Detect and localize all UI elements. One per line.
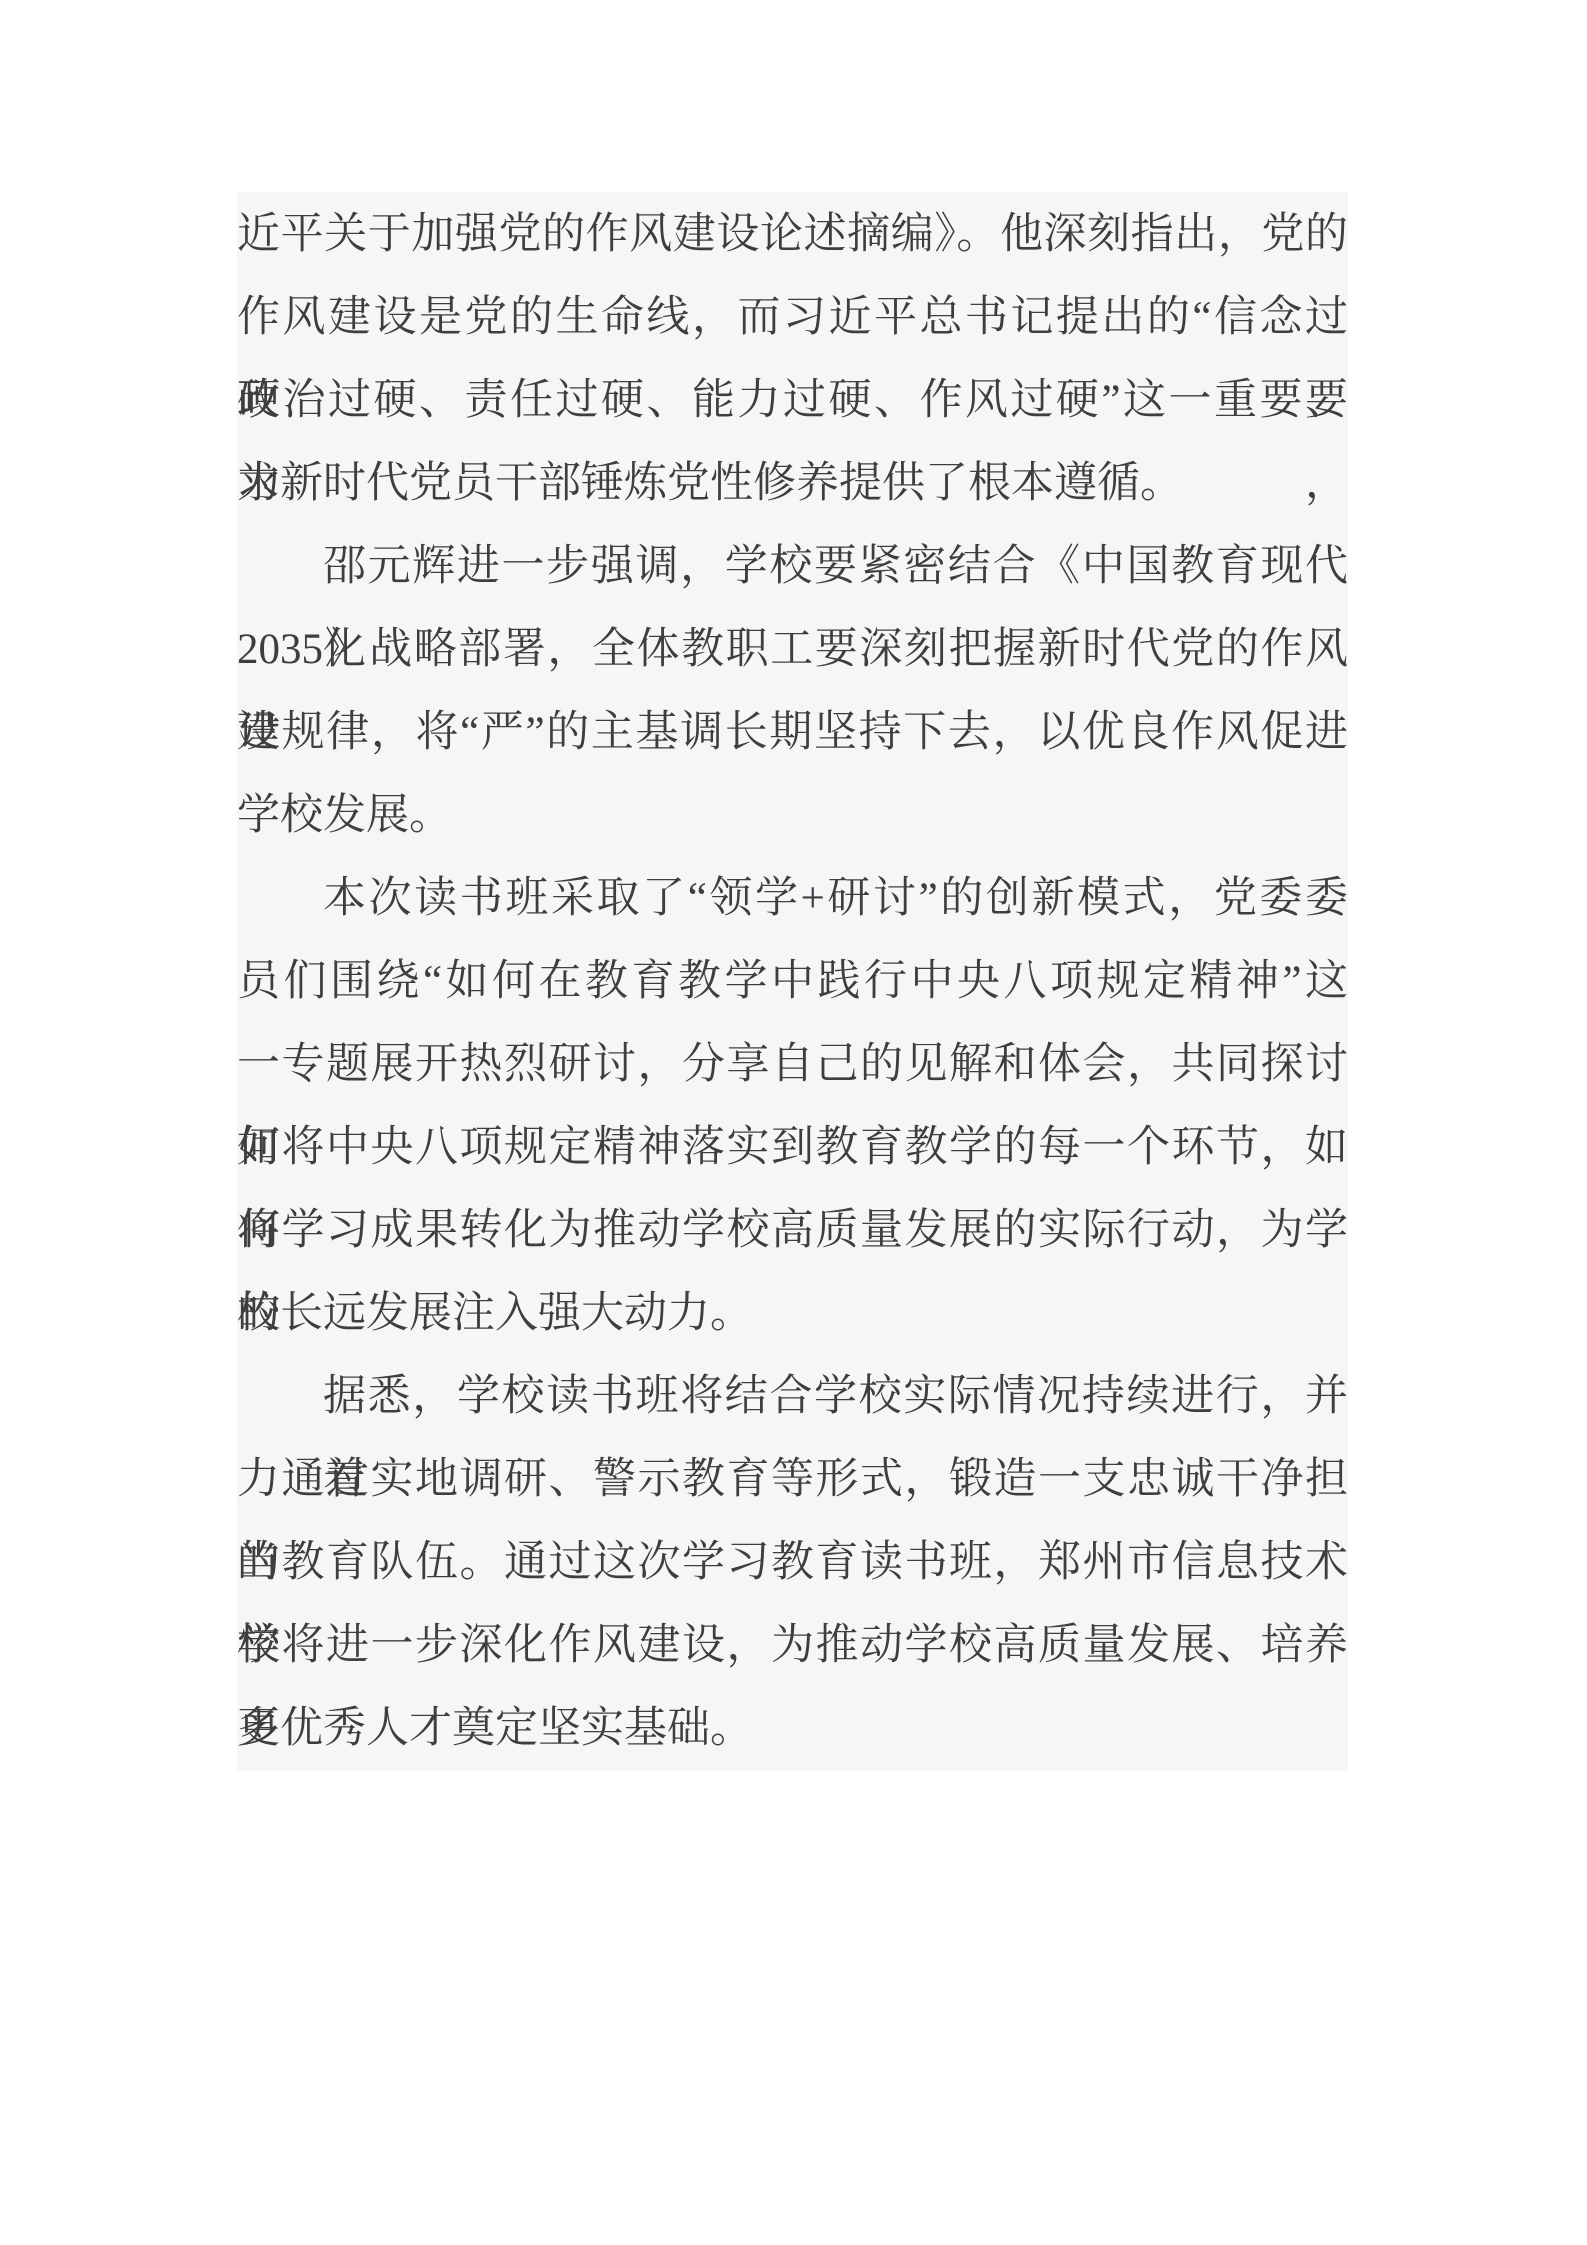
text-line: 为新时代党员干部锤炼党性修养提供了根本遵循。: [237, 442, 1348, 525]
text-line: 作风建设是党的生命线，而习近平总书记提出的“信念过硬、: [237, 276, 1348, 359]
text-line: 何将中央八项规定精神落实到教育教学的每一个环节，如何: [237, 1106, 1348, 1189]
document-page: 近平关于加强党的作风建设论述摘编》。他深刻指出，党的作风建设是党的生命线，而习近…: [0, 0, 1587, 2245]
text-line: 校将进一步深化作风建设，为推动学校高质量发展、培养更: [237, 1604, 1348, 1687]
article-text-block: 近平关于加强党的作风建设论述摘编》。他深刻指出，党的作风建设是党的生命线，而习近…: [237, 192, 1348, 1771]
text-line: 设规律，将“严”的主基调长期坚持下去，以优良作风促进: [237, 691, 1348, 774]
text-line: 学校发展。: [237, 774, 1348, 857]
text-line: 力通过实地调研、警示教育等形式，锻造一支忠诚干净担当: [237, 1438, 1348, 1521]
text-line: 的教育队伍。通过这次学习教育读书班，郑州市信息技术学: [237, 1521, 1348, 1604]
text-line: 政治过硬、责任过硬、能力过硬、作风过硬”这一重要要求，: [237, 359, 1348, 442]
text-line: 将学习成果转化为推动学校高质量发展的实际行动，为学校: [237, 1189, 1348, 1272]
text-line: 邵元辉进一步强调，学校要紧密结合《中国教育现代化: [237, 525, 1348, 608]
text-line: 的长远发展注入强大动力。: [237, 1272, 1348, 1355]
text-line: 2035》战略部署，全体教职工要深刻把握新时代党的作风建: [237, 608, 1348, 691]
text-line: 据悉，学校读书班将结合学校实际情况持续进行，并着: [237, 1355, 1348, 1438]
text-line: 近平关于加强党的作风建设论述摘编》。他深刻指出，党的: [237, 193, 1348, 276]
text-line: 一专题展开热烈研讨，分享自己的见解和体会，共同探讨如: [237, 1023, 1348, 1106]
text-line: 多优秀人才奠定坚实基础。: [237, 1687, 1348, 1770]
text-line: 本次读书班采取了“领学+研讨”的创新模式，党委委: [237, 857, 1348, 940]
text-line: 员们围绕“如何在教育教学中践行中央八项规定精神”这: [237, 940, 1348, 1023]
